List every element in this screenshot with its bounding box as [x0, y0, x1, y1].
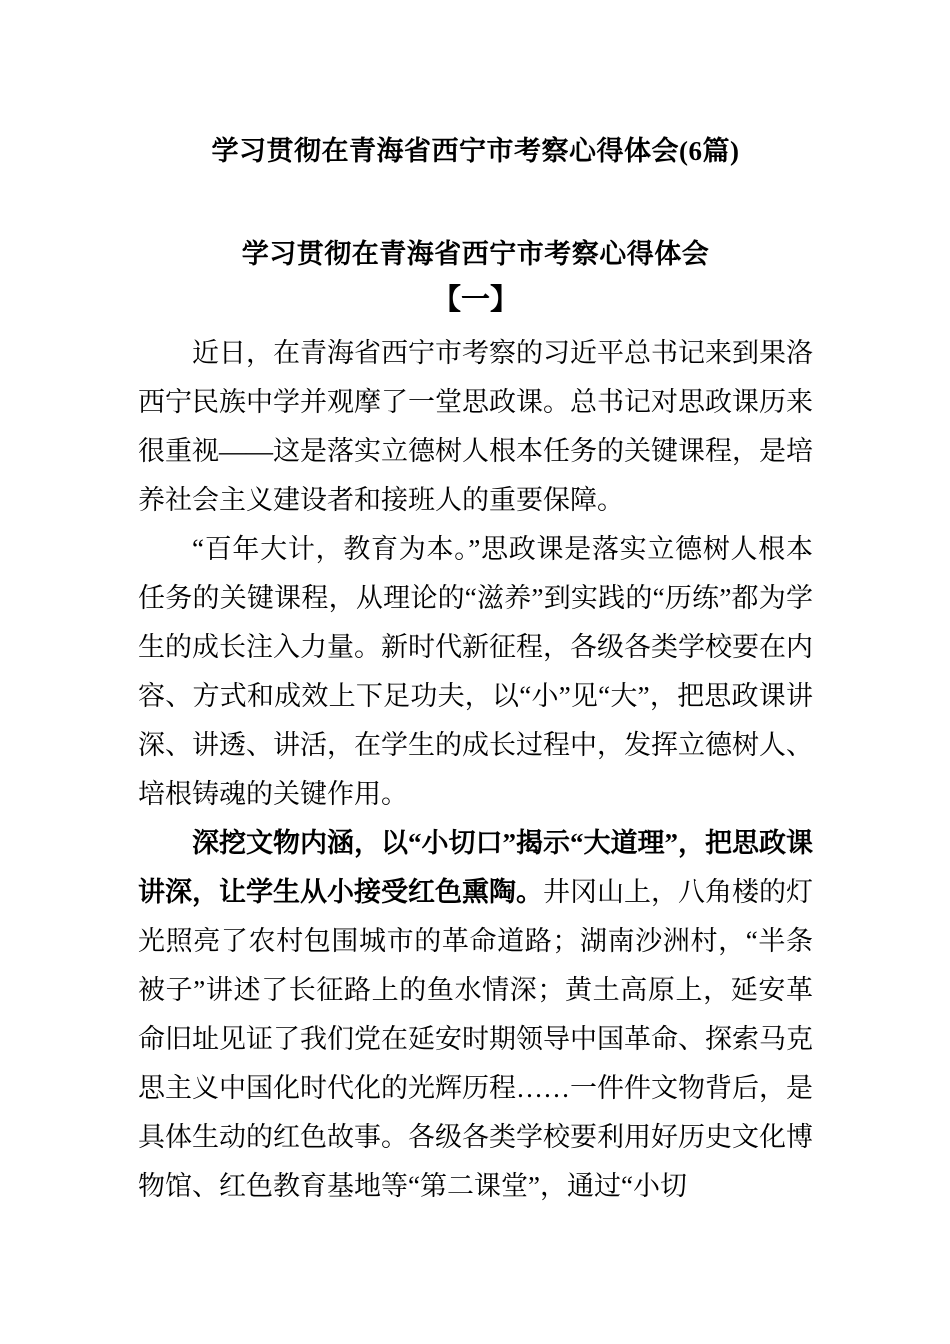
document-body: 近日，在青海省西宁市考察的习近平总书记来到果洛西宁民族中学并观摩了一堂思政课。总…: [138, 329, 813, 1211]
paragraph-1: 近日，在青海省西宁市考察的习近平总书记来到果洛西宁民族中学并观摩了一堂思政课。总…: [138, 329, 813, 525]
paragraph-3-text: 井冈山上，八角楼的灯光照亮了农村包围城市的革命道路；湖南沙洲村，“半条被子”讲述…: [138, 877, 813, 1201]
document-page: 学习贯彻在青海省西宁市考察心得体会(6篇) 学习贯彻在青海省西宁市考察心得体会 …: [0, 0, 950, 1344]
paragraph-2: “百年大计，教育为本。”思政课是落实立德树人根本任务的关键课程，从理论的“滋养”…: [138, 525, 813, 819]
document-title: 学习贯彻在青海省西宁市考察心得体会(6篇): [138, 135, 813, 168]
section-number-marker: 【一】: [138, 283, 813, 317]
paragraph-3: 深挖文物内涵，以“小切口”揭示“大道理”，把思政课讲深，让学生从小接受红色熏陶。…: [138, 819, 813, 1211]
section-title: 学习贯彻在青海省西宁市考察心得体会: [138, 239, 813, 269]
